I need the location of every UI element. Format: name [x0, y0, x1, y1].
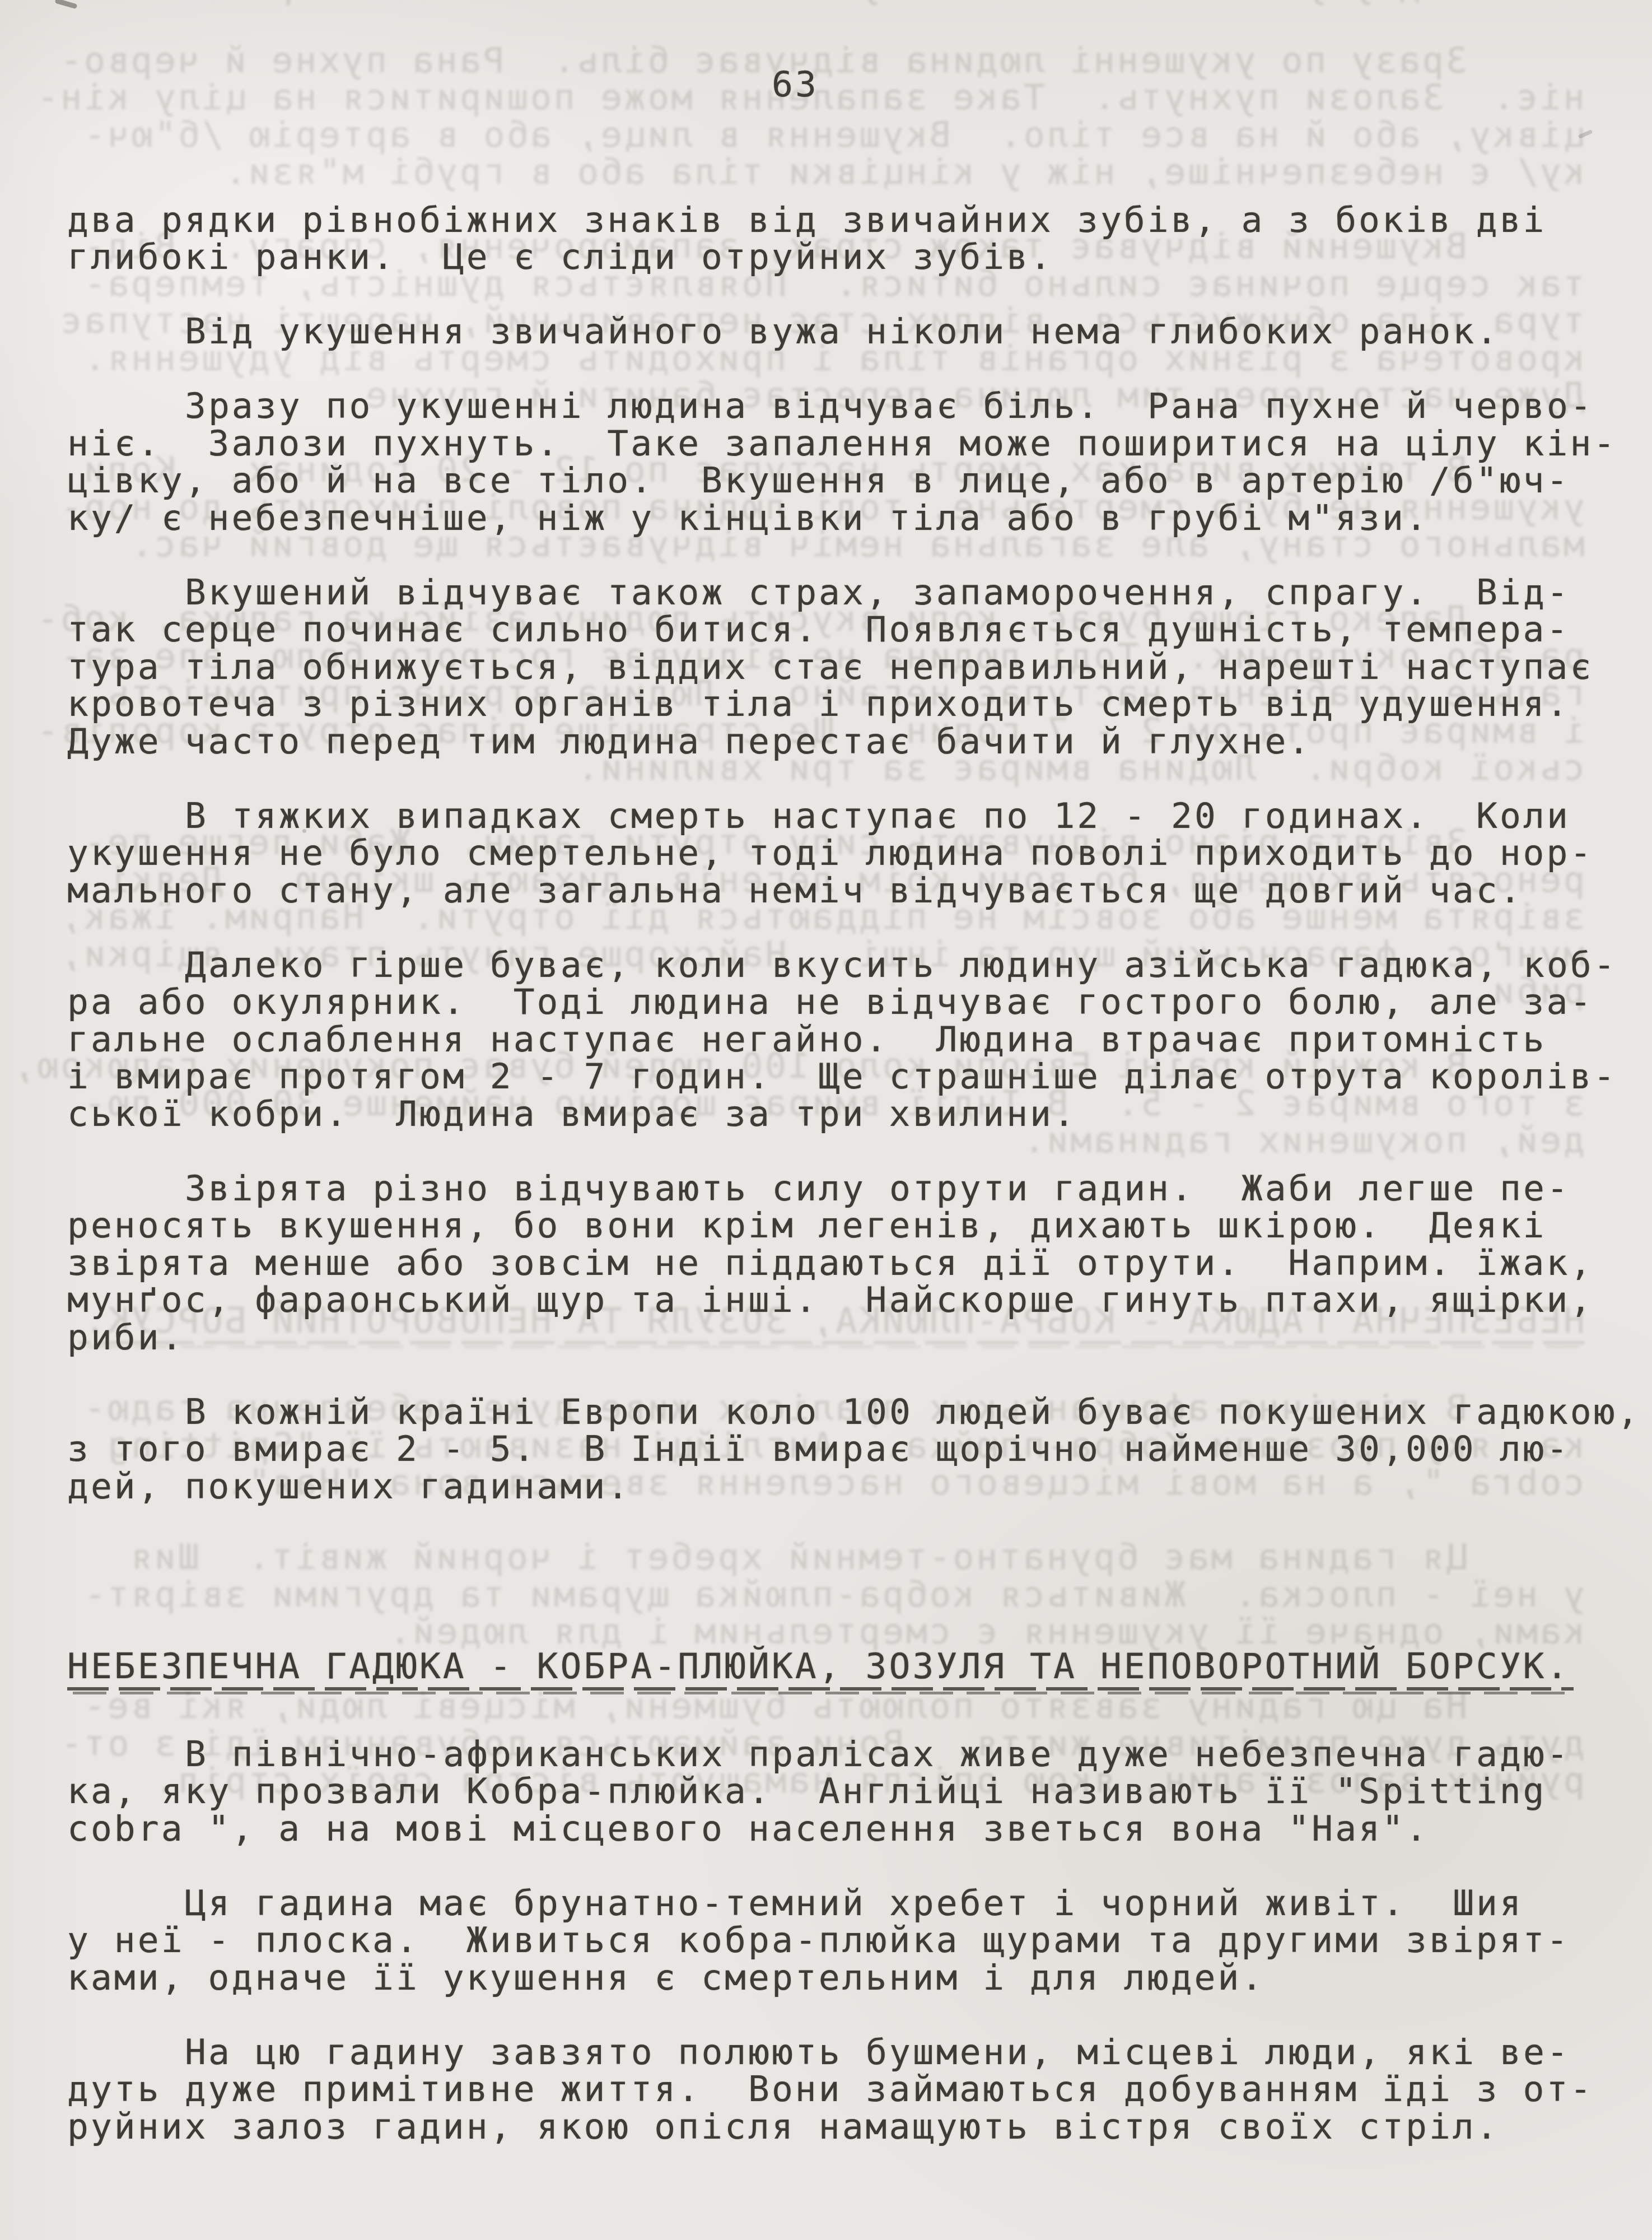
paragraph: На цю гадину завзято полюють бушмени, мі…	[67, 2034, 1635, 2146]
paragraph: два рядки рівнобіжних знаків від звичайн…	[67, 202, 1635, 276]
paragraph-line: гальне ослаблення наступає негайно. Люди…	[67, 1021, 1635, 1059]
paragraph-line: реносять вкушення, бо вони крім легенів,…	[67, 1207, 1635, 1245]
paragraph-line: цівку, або й на все тіло. Вкушення в лиц…	[67, 462, 1635, 500]
document-body: два рядки рівнобіжних знаків від звичайн…	[67, 202, 1635, 2146]
paragraph: В кожній країні Европи коло 100 людей бу…	[67, 1394, 1635, 1506]
paragraph-line: глибокі ранки. Це є сліди отруйних зубів…	[67, 239, 1635, 276]
heading-underline	[67, 1687, 1574, 1696]
paragraph-line: ка, яку прозвали Кобра-плюйка. Англійці …	[67, 1773, 1635, 1810]
paragraph-line: ками, одначе її укушення є смертельним і…	[67, 1959, 1635, 1997]
paragraph: В північно-африканських пралісах живе ду…	[67, 1736, 1635, 1848]
section-heading: НЕБЕЗПЕЧНА ГАДЮКА - КОБРА-ПЛЮЙКА, ЗОЗУЛЯ…	[67, 1648, 1635, 1696]
document-content: 63 два рядки рівнобіжних знаків від звич…	[0, 0, 1652, 2240]
paragraph-line: cobra ", а на мові місцевого населення з…	[67, 1810, 1635, 1848]
paragraph-line: Від укушення звичайного вужа ніколи нема…	[67, 313, 1635, 351]
paragraph-line: і вмирає протягом 2 - 7 годин. Ще страшн…	[67, 1058, 1635, 1096]
paragraph-line: Ця гадина має брунатно-темний хребет і ч…	[67, 1885, 1635, 1922]
paragraph-line: руйних залоз гадин, якою опісля намащуют…	[67, 2108, 1635, 2146]
paragraph: Звірята різно відчувають силу отрути гад…	[67, 1170, 1635, 1357]
paragraph: Від укушення звичайного вужа ніколи нема…	[67, 313, 1635, 351]
paragraph-line: ку/ є небезпечніше, ніж у кінцівки тіла …	[67, 500, 1635, 537]
paragraph-line: у неї - плоска. Живиться кобра-плюйка щу…	[67, 1922, 1635, 1959]
paragraph-line: ніє. Залози пухнуть. Таке запалення може…	[67, 425, 1635, 463]
paragraph-line: тура тіла обнижується, віддих стає непра…	[67, 649, 1635, 686]
paragraph-line: На цю гадину завзято полюють бушмени, мі…	[67, 2034, 1635, 2071]
page-number: 63	[11, 66, 1579, 104]
paragraph-line: мунґос, фараонський щур та інші. Найскор…	[67, 1282, 1635, 1319]
paragraph-line: Далеко гірше буває, коли вкусить людину …	[67, 947, 1635, 984]
scanned-document-page: два рядки рівнобіжних знаків від звичайн…	[0, 0, 1652, 2240]
paragraph-line: Зразу по укушенні людина відчуває біль. …	[67, 388, 1635, 425]
paragraph: Зразу по укушенні людина відчуває біль. …	[67, 388, 1635, 537]
paragraph: В тяжких випадках смерть наступає по 12 …	[67, 798, 1635, 910]
paragraph-line: Вкушений відчуває також страх, запамороч…	[67, 574, 1635, 612]
paragraph: Ця гадина має брунатно-темний хребет і ч…	[67, 1885, 1635, 1997]
paragraph-line: ської кобри. Людина вмирає за три хвилин…	[67, 1096, 1635, 1133]
paragraph-line: два рядки рівнобіжних знаків від звичайн…	[67, 202, 1635, 239]
paragraph-line: укушення не було смертельне, тоді людина…	[67, 835, 1635, 872]
paragraph-line: риби.	[67, 1319, 1635, 1357]
paragraph-line: так серце починає сильно битися. Появляє…	[67, 611, 1635, 649]
paragraph-line: кровотеча з різних органів тіла і приход…	[67, 686, 1635, 723]
paragraph-line: з того вмирає 2 - 5. В Індії вмирає щорі…	[67, 1431, 1635, 1468]
paragraph-line: Звірята різно відчувають силу отрути гад…	[67, 1170, 1635, 1208]
paragraph-line: мального стану, але загальна неміч відчу…	[67, 872, 1635, 910]
paragraph-line: звірята менше або зовсім не піддаються д…	[67, 1245, 1635, 1282]
paragraph-line: дей, покушених гадинами.	[67, 1468, 1635, 1506]
paragraph-line: ра або окулярник. Тоді людина не відчува…	[67, 984, 1635, 1021]
paragraph-line: В північно-африканських пралісах живе ду…	[67, 1736, 1635, 1773]
section-heading-text: НЕБЕЗПЕЧНА ГАДЮКА - КОБРА-ПЛЮЙКА, ЗОЗУЛЯ…	[67, 1648, 1635, 1685]
paragraph-line: В тяжких випадках смерть наступає по 12 …	[67, 798, 1635, 835]
paragraph: Вкушений відчуває також страх, запамороч…	[67, 574, 1635, 761]
paragraph-line: дуть дуже примітивне життя. Вони займают…	[67, 2071, 1635, 2108]
paragraph-line: В кожній країні Европи коло 100 людей бу…	[67, 1394, 1635, 1431]
paragraph: Далеко гірше буває, коли вкусить людину …	[67, 947, 1635, 1133]
paragraph-line: Дуже часто перед тим людина перестає бач…	[67, 723, 1635, 761]
